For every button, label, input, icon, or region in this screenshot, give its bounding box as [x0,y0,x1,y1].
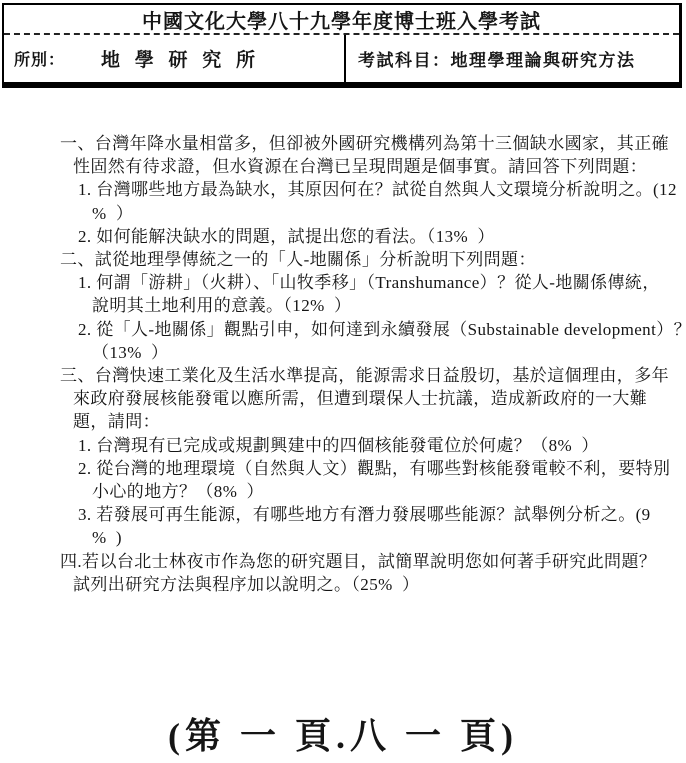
text-line: % ) [0,526,686,549]
header-box: 中國文化大學八十九學年度博士班入學考試 所別： 地 學 研 究 所 考試科目：地… [2,3,682,88]
department-value: 地 學 研 究 所 [101,45,260,72]
text-line: （13% ） [0,341,686,364]
header-info-row: 所別： 地 學 研 究 所 考試科目：地理學理論與研究方法 [4,35,679,82]
text-line: 來政府發展核能發電以應所需，但遭到環保人士抗議，造成新政府的一大難 [0,387,686,410]
text-line: 1. 何謂「游耕」（火耕）、「山牧季移」（Transhumance）？從人-地關… [0,271,686,294]
text-line: 2. 如何能解決缺水的問題，試提出您的看法。（13% ） [0,225,686,248]
text-line: 三、台灣快速工業化及生活水準提高，能源需求日益殷切，基於這個理由，多年 [0,364,686,387]
text-line: 一、台灣年降水量相當多，但卻被外國研究機構列為第十三個缺水國家，其正確 [0,132,686,155]
text-line: 性固然有待求證，但水資源在台灣已呈現問題是個事實。請回答下列問題： [0,155,686,178]
text-line: 試列出研究方法與程序加以說明之。（25% ） [0,573,686,596]
text-line: 1. 台灣哪些地方最為缺水，其原因何在？試從自然與人文環境分析說明之。(12 [0,178,686,201]
department-cell: 所別： 地 學 研 究 所 [4,35,344,82]
text-line: 說明其土地利用的意義。（12% ） [0,294,686,317]
subject-label: 考試科目： [358,46,451,71]
text-line: 1. 台灣現有已完成或規劃興建中的四個核能發電位於何處？（8% ） [0,434,686,457]
page-footer: (第 一 頁.八 一 頁) [0,708,686,759]
text-line: 二、試從地理學傳統之一的「人-地關係」分析說明下列問題： [0,248,686,271]
text-line: 題，請問： [0,410,686,433]
text-line: 小心的地方？（8% ） [0,480,686,503]
text-line: 四.若以台北士林夜市作為您的研究題目，試簡單說明您如何著手研究此問題？ [0,550,686,573]
text-line: 2. 從「人-地關係」觀點引申，如何達到永續發展（Substainable de… [0,318,686,341]
text-line: 3. 若發展可再生能源，有哪些地方有潛力發展哪些能源？試舉例分析之。(9 [0,503,686,526]
text-line: % ） [0,202,686,225]
subject-value: 地理學理論與研究方法 [451,46,636,71]
question-list: 一、台灣年降水量相當多，但卻被外國研究機構列為第十三個缺水國家，其正確性固然有待… [0,132,686,596]
exam-title: 中國文化大學八十九學年度博士班入學考試 [4,5,679,35]
department-label: 所別： [14,47,65,70]
text-line: 2. 從台灣的地理環境（自然與人文）觀點，有哪些對核能發電較不利，要特別 [0,457,686,480]
subject-cell: 考試科目：地理學理論與研究方法 [346,35,679,82]
